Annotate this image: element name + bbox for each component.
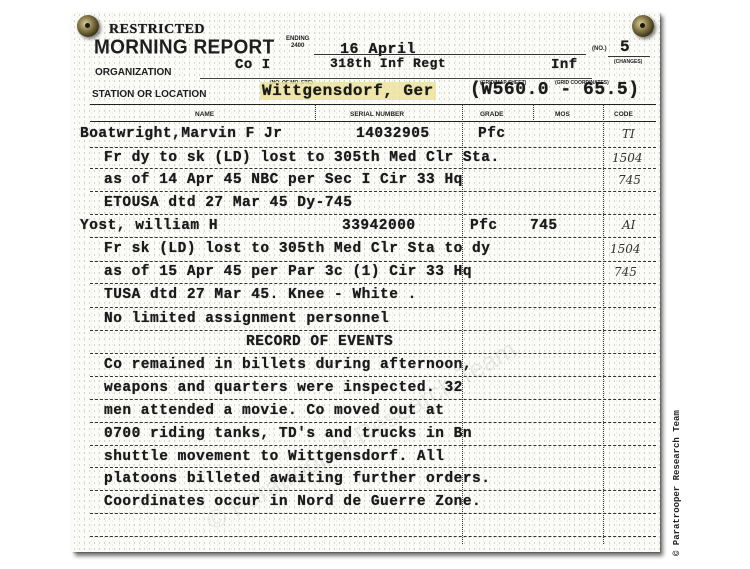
rule [90, 261, 656, 262]
entry-line: Fr sk (LD) lost to 305th Med Clr Sta to … [104, 241, 490, 257]
event-line: Coordinates occur in Nord de Guerre Zone… [104, 494, 481, 510]
rule [90, 168, 656, 169]
column-header-serial: SERIAL NUMBER [350, 111, 404, 118]
organization-underline [200, 78, 592, 79]
event-line: 0700 riding tanks, TD's and trucks in Bn [104, 426, 472, 442]
entry-code: TI [622, 127, 635, 141]
rule [90, 399, 656, 400]
entry-serial: 14032905 [356, 126, 430, 142]
entry-serial: 33942000 [342, 218, 416, 234]
entry-line-code: 745 [614, 265, 637, 279]
ending-label: ENDING 2400 [286, 36, 309, 50]
rule [90, 121, 656, 122]
entry-line-code: 1504 [610, 242, 641, 256]
thumbtack-icon [632, 15, 654, 37]
column-header-grade: GRADE [480, 111, 503, 118]
column-divider [315, 104, 316, 122]
number-underline [608, 56, 650, 57]
entry-line: as of 14 Apr 45 NBC per Sec I Cir 33 Hq [104, 172, 463, 188]
entry-line: ETOUSA dtd 27 Mar 45 Dy-745 [104, 195, 352, 211]
organization-unit: 318th Inf Regt [330, 56, 446, 71]
rule [90, 237, 656, 238]
organization-arm: Inf [551, 57, 578, 73]
station-label: STATION OR LOCATION [92, 89, 206, 100]
entry-line-code: 745 [618, 173, 641, 187]
limited-assignment-note: No limited assignment personnel [104, 311, 389, 327]
rule [90, 191, 656, 192]
entry-grade: Pfc [478, 126, 506, 142]
ending-label-line1: ENDING [286, 36, 309, 43]
rule [90, 376, 656, 377]
entry-line: as of 15 Apr 45 per Par 3c (1) Cir 33 Hq [104, 264, 472, 280]
station-value: Wittgensdorf, Ger [260, 82, 436, 100]
rule [90, 307, 656, 308]
rule [90, 490, 656, 491]
station-coordinates: (W560.0 - 65.5) [470, 80, 640, 100]
entry-line: TUSA dtd 27 Mar 45. Knee - White . [104, 287, 417, 303]
number-sublabel: (CHANGES) [614, 59, 642, 65]
organization-company: Co I [235, 57, 271, 73]
organization-label: ORGANIZATION [95, 67, 171, 78]
entry-name: Yost, william H [80, 218, 218, 234]
number-label: (NO.) [592, 46, 607, 52]
rule [90, 536, 656, 537]
rule [90, 513, 656, 514]
thumbtack-icon [77, 15, 99, 37]
rule [90, 214, 656, 215]
event-line: shuttle movement to Wittgensdorf. All [104, 449, 444, 465]
entry-mos: 745 [530, 218, 558, 234]
rule [90, 147, 656, 148]
entry-grade: Pfc [470, 218, 498, 234]
event-line: Co remained in billets during afternoon, [104, 357, 472, 373]
column-divider [533, 104, 534, 122]
column-header-name: NAME [195, 111, 214, 118]
ending-label-line2: 2400 [286, 43, 309, 50]
rule [90, 330, 656, 331]
column-header-code: CODE [614, 111, 633, 118]
copyright-credit: © Paratrooper Research Team [672, 410, 682, 556]
rule [90, 467, 656, 468]
column-header-mos: MOS [555, 111, 570, 118]
report-number: 5 [620, 38, 630, 56]
rule [90, 104, 656, 105]
entry-line-code: 1504 [612, 151, 643, 165]
rule [90, 353, 656, 354]
rule [90, 283, 656, 284]
entry-name: Boatwright,Marvin F Jr [80, 126, 282, 142]
entry-line: Fr dy to sk (LD) lost to 305th Med Clr S… [104, 150, 500, 166]
column-divider [603, 104, 604, 544]
entry-code: AI [622, 218, 635, 232]
record-of-events-heading: RECORD OF EVENTS [246, 334, 393, 350]
